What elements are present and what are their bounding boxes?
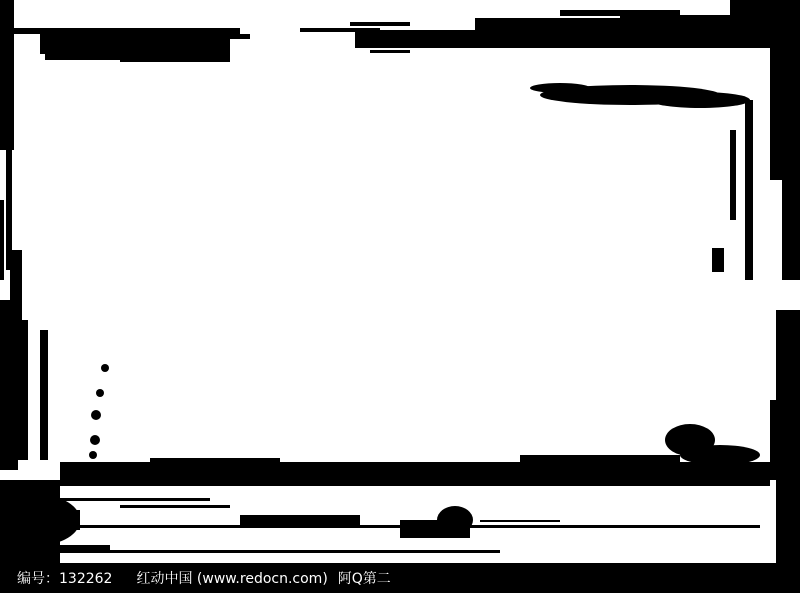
watermark-author: 阿Q第二 (338, 568, 391, 588)
watermark-bar: 编号：132262 红动中国 (www.redocn.com) 阿Q第二 (0, 563, 800, 593)
grunge-border-artwork (0, 0, 800, 563)
watermark-id: 编号：132262 (17, 568, 112, 588)
grunge-frame-image (0, 0, 800, 563)
watermark-site: 红动中国 (www.redocn.com) (136, 568, 327, 588)
